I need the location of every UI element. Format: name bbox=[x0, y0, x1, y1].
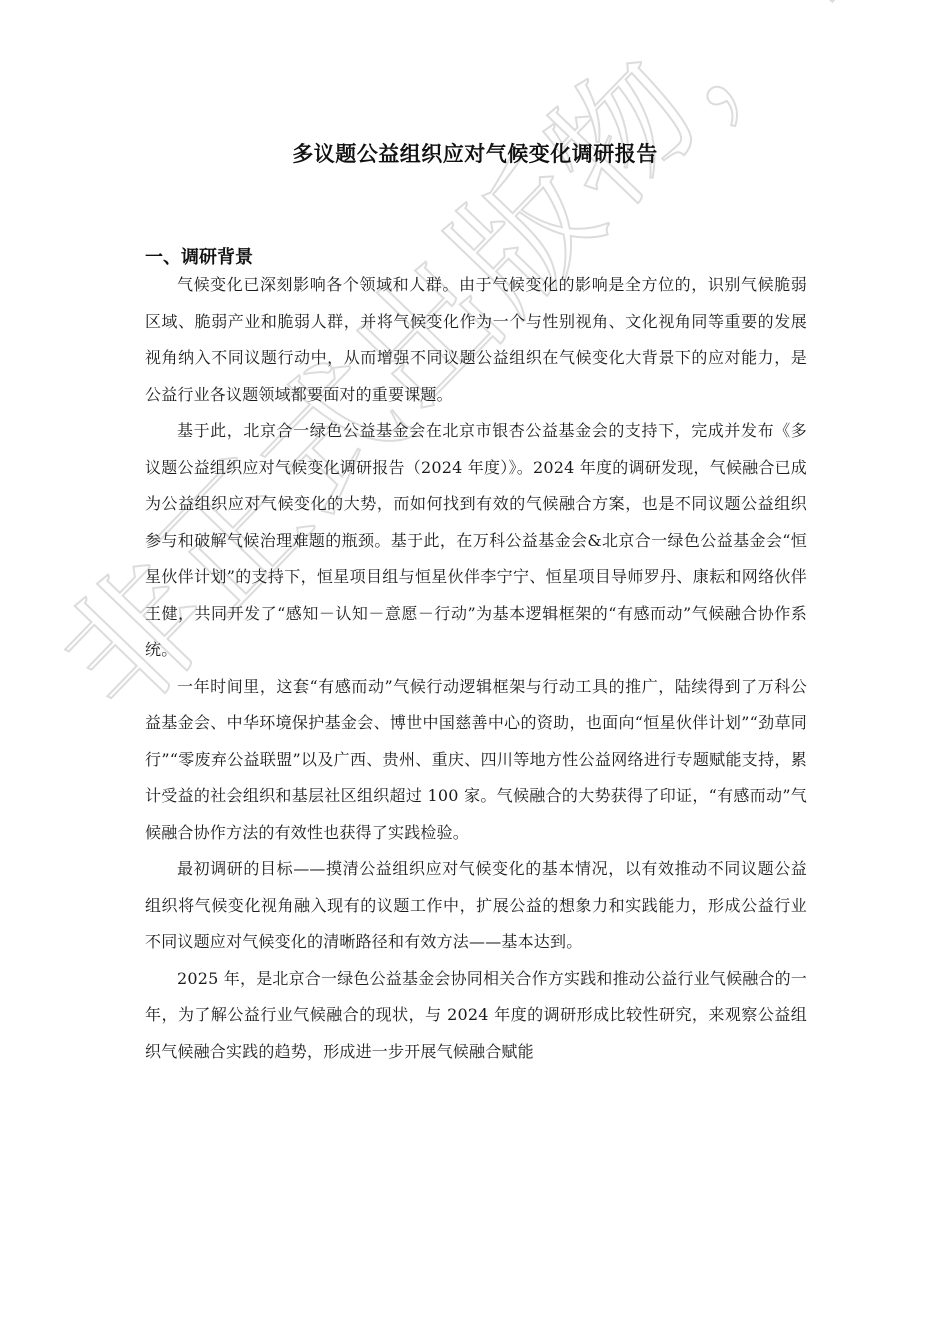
section-heading-background: 一、调研背景 bbox=[145, 243, 253, 269]
paragraph: 一年时间里，这套“有感而动”气候行动逻辑框架与行动工具的推广，陆续得到了万科公益… bbox=[145, 669, 807, 852]
section-body: 气候变化已深刻影响各个领域和人群。由于气候变化的影响是全方位的，识别气候脆弱区域… bbox=[145, 267, 807, 1070]
document-title: 多议题公益组织应对气候变化调研报告 bbox=[0, 138, 950, 168]
paragraph: 基于此，北京合一绿色公益基金会在北京市银杏公益基金会的支持下，完成并发布《多议题… bbox=[145, 413, 807, 669]
paragraph: 最初调研的目标——摸清公益组织应对气候变化的基本情况，以有效推动不同议题公益组织… bbox=[145, 851, 807, 961]
paragraph: 2025 年，是北京合一绿色公益基金会协同相关合作方实践和推动公益行业气候融合的… bbox=[145, 961, 807, 1071]
document-page: 非正式出版物，合一绿发布 多议题公益组织应对气候变化调研报告 一、调研背景 气候… bbox=[0, 0, 950, 1344]
paragraph: 气候变化已深刻影响各个领域和人群。由于气候变化的影响是全方位的，识别气候脆弱区域… bbox=[145, 267, 807, 413]
